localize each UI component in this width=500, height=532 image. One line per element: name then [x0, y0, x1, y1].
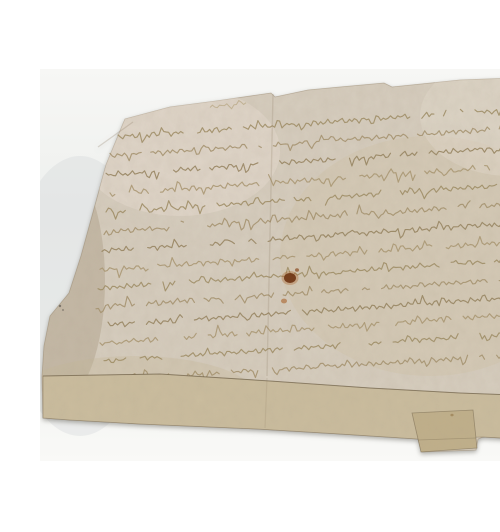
ink-blot-stain [450, 414, 453, 417]
auction-photo: Photograph of a medieval handwritten vel… [40, 16, 500, 516]
ink-blot-stain [284, 273, 296, 283]
parchment-photo [40, 16, 500, 516]
ink-blot-stain [295, 268, 299, 272]
ink-blot-stain [59, 305, 61, 307]
ink-blot-stain [281, 299, 287, 304]
ink-blot-stain [62, 309, 64, 311]
